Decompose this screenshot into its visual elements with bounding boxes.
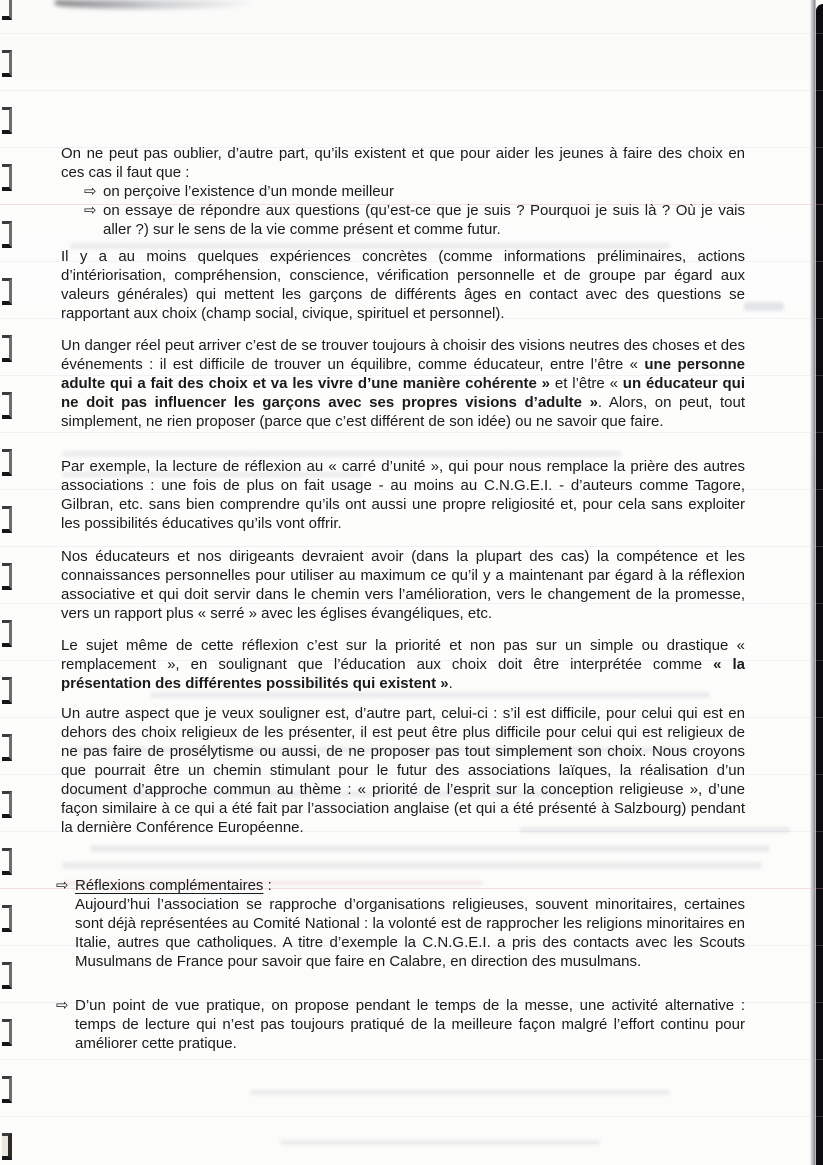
ghost-rule-line	[0, 33, 823, 34]
note-heading-colon: :	[263, 877, 271, 894]
paragraph-intro: On ne peut pas oublier, d’autre part, qu…	[61, 144, 745, 239]
arrow-bullet-icon: ⇨	[84, 201, 103, 239]
paragraph-danger: Un danger réel peut arriver c’est de se …	[61, 336, 745, 431]
note-text: Aujourd’hui l’association se rapproche d…	[75, 895, 745, 971]
arrow-bullet-icon: ⇨	[56, 996, 75, 1053]
binding-hole-mark	[2, 905, 12, 932]
binding-hole-mark	[2, 1076, 12, 1103]
note-heading-underlined: Réflexions complémentaires	[75, 877, 263, 894]
binding-hole-mark	[2, 848, 12, 875]
binding-hole-mark	[2, 506, 12, 533]
binding-hole-mark	[2, 50, 12, 77]
scanner-background-strip	[816, 4, 823, 1165]
note-reflexions: ⇨ Réflexions complémentaires : Aujourd’h…	[61, 876, 745, 971]
bleed-through-smudge	[62, 862, 762, 869]
paragraph-run: Un danger réel peut arriver c’est de se …	[61, 337, 745, 373]
paragraph-run: et l’être «	[550, 375, 623, 392]
binding-hole-mark	[2, 1133, 12, 1160]
list-item: ⇨ on essaye de répondre aux questions (q…	[84, 201, 745, 239]
bleed-through-smudge	[250, 1090, 670, 1095]
arrow-bullet-icon: ⇨	[56, 876, 75, 971]
page-top-shadow	[55, 0, 250, 9]
scanned-document-page: On ne peut pas oublier, d’autre part, qu…	[0, 0, 823, 1165]
bleed-through-smudge	[280, 1140, 600, 1145]
paragraph-educateurs: Nos éducateurs et nos dirigeants devraie…	[61, 547, 745, 623]
note-heading: Réflexions complémentaires :	[75, 876, 745, 895]
binding-hole-mark	[2, 107, 12, 134]
note-text: D’un point de vue pratique, on propose p…	[75, 996, 745, 1053]
list-item-text: on perçoive l’existence d’un monde meill…	[103, 182, 745, 201]
paragraph-exemple: Par exemple, la lecture de réflexion au …	[61, 457, 745, 533]
binding-hole-mark	[2, 221, 12, 248]
ghost-rule-line	[0, 90, 823, 91]
bleed-through-smudge	[90, 845, 770, 852]
paragraph-run: Le sujet même de cette réflexion c’est s…	[61, 637, 745, 673]
binding-hole-mark	[2, 620, 12, 647]
binding-hole-mark	[2, 563, 12, 590]
binding-hole-mark	[2, 278, 12, 305]
paragraph-text: On ne peut pas oublier, d’autre part, qu…	[61, 144, 745, 182]
binding-hole-mark	[2, 335, 12, 362]
binding-hole-mark	[2, 677, 12, 704]
paragraph-run: .	[449, 675, 453, 692]
arrow-bullet-icon: ⇨	[84, 182, 103, 201]
list-item-text: on essaye de répondre aux questions (qu’…	[103, 201, 745, 239]
ghost-rule-line	[0, 1059, 823, 1060]
binding-hole-mark	[2, 962, 12, 989]
margin-mark	[744, 302, 784, 311]
binding-hole-mark	[2, 449, 12, 476]
binding-hole-mark	[2, 1019, 12, 1046]
ghost-rule-line	[0, 432, 823, 433]
note-pratique: ⇨ D’un point de vue pratique, on propose…	[61, 996, 745, 1053]
paragraph-autre-aspect: Un autre aspect que je veux souligner es…	[61, 704, 745, 837]
binding-hole-mark	[2, 164, 12, 191]
binding-hole-mark	[2, 392, 12, 419]
binding-hole-mark	[2, 734, 12, 761]
list-item: ⇨ on perçoive l’existence d’un monde mei…	[84, 182, 745, 201]
binding-hole-mark	[2, 791, 12, 818]
paragraph-experiences: Il y a au moins quelques expériences con…	[61, 247, 745, 323]
binding-hole-mark	[2, 0, 12, 20]
ghost-rule-line	[0, 1116, 823, 1117]
paragraph-sujet: Le sujet même de cette réflexion c’est s…	[61, 636, 745, 693]
